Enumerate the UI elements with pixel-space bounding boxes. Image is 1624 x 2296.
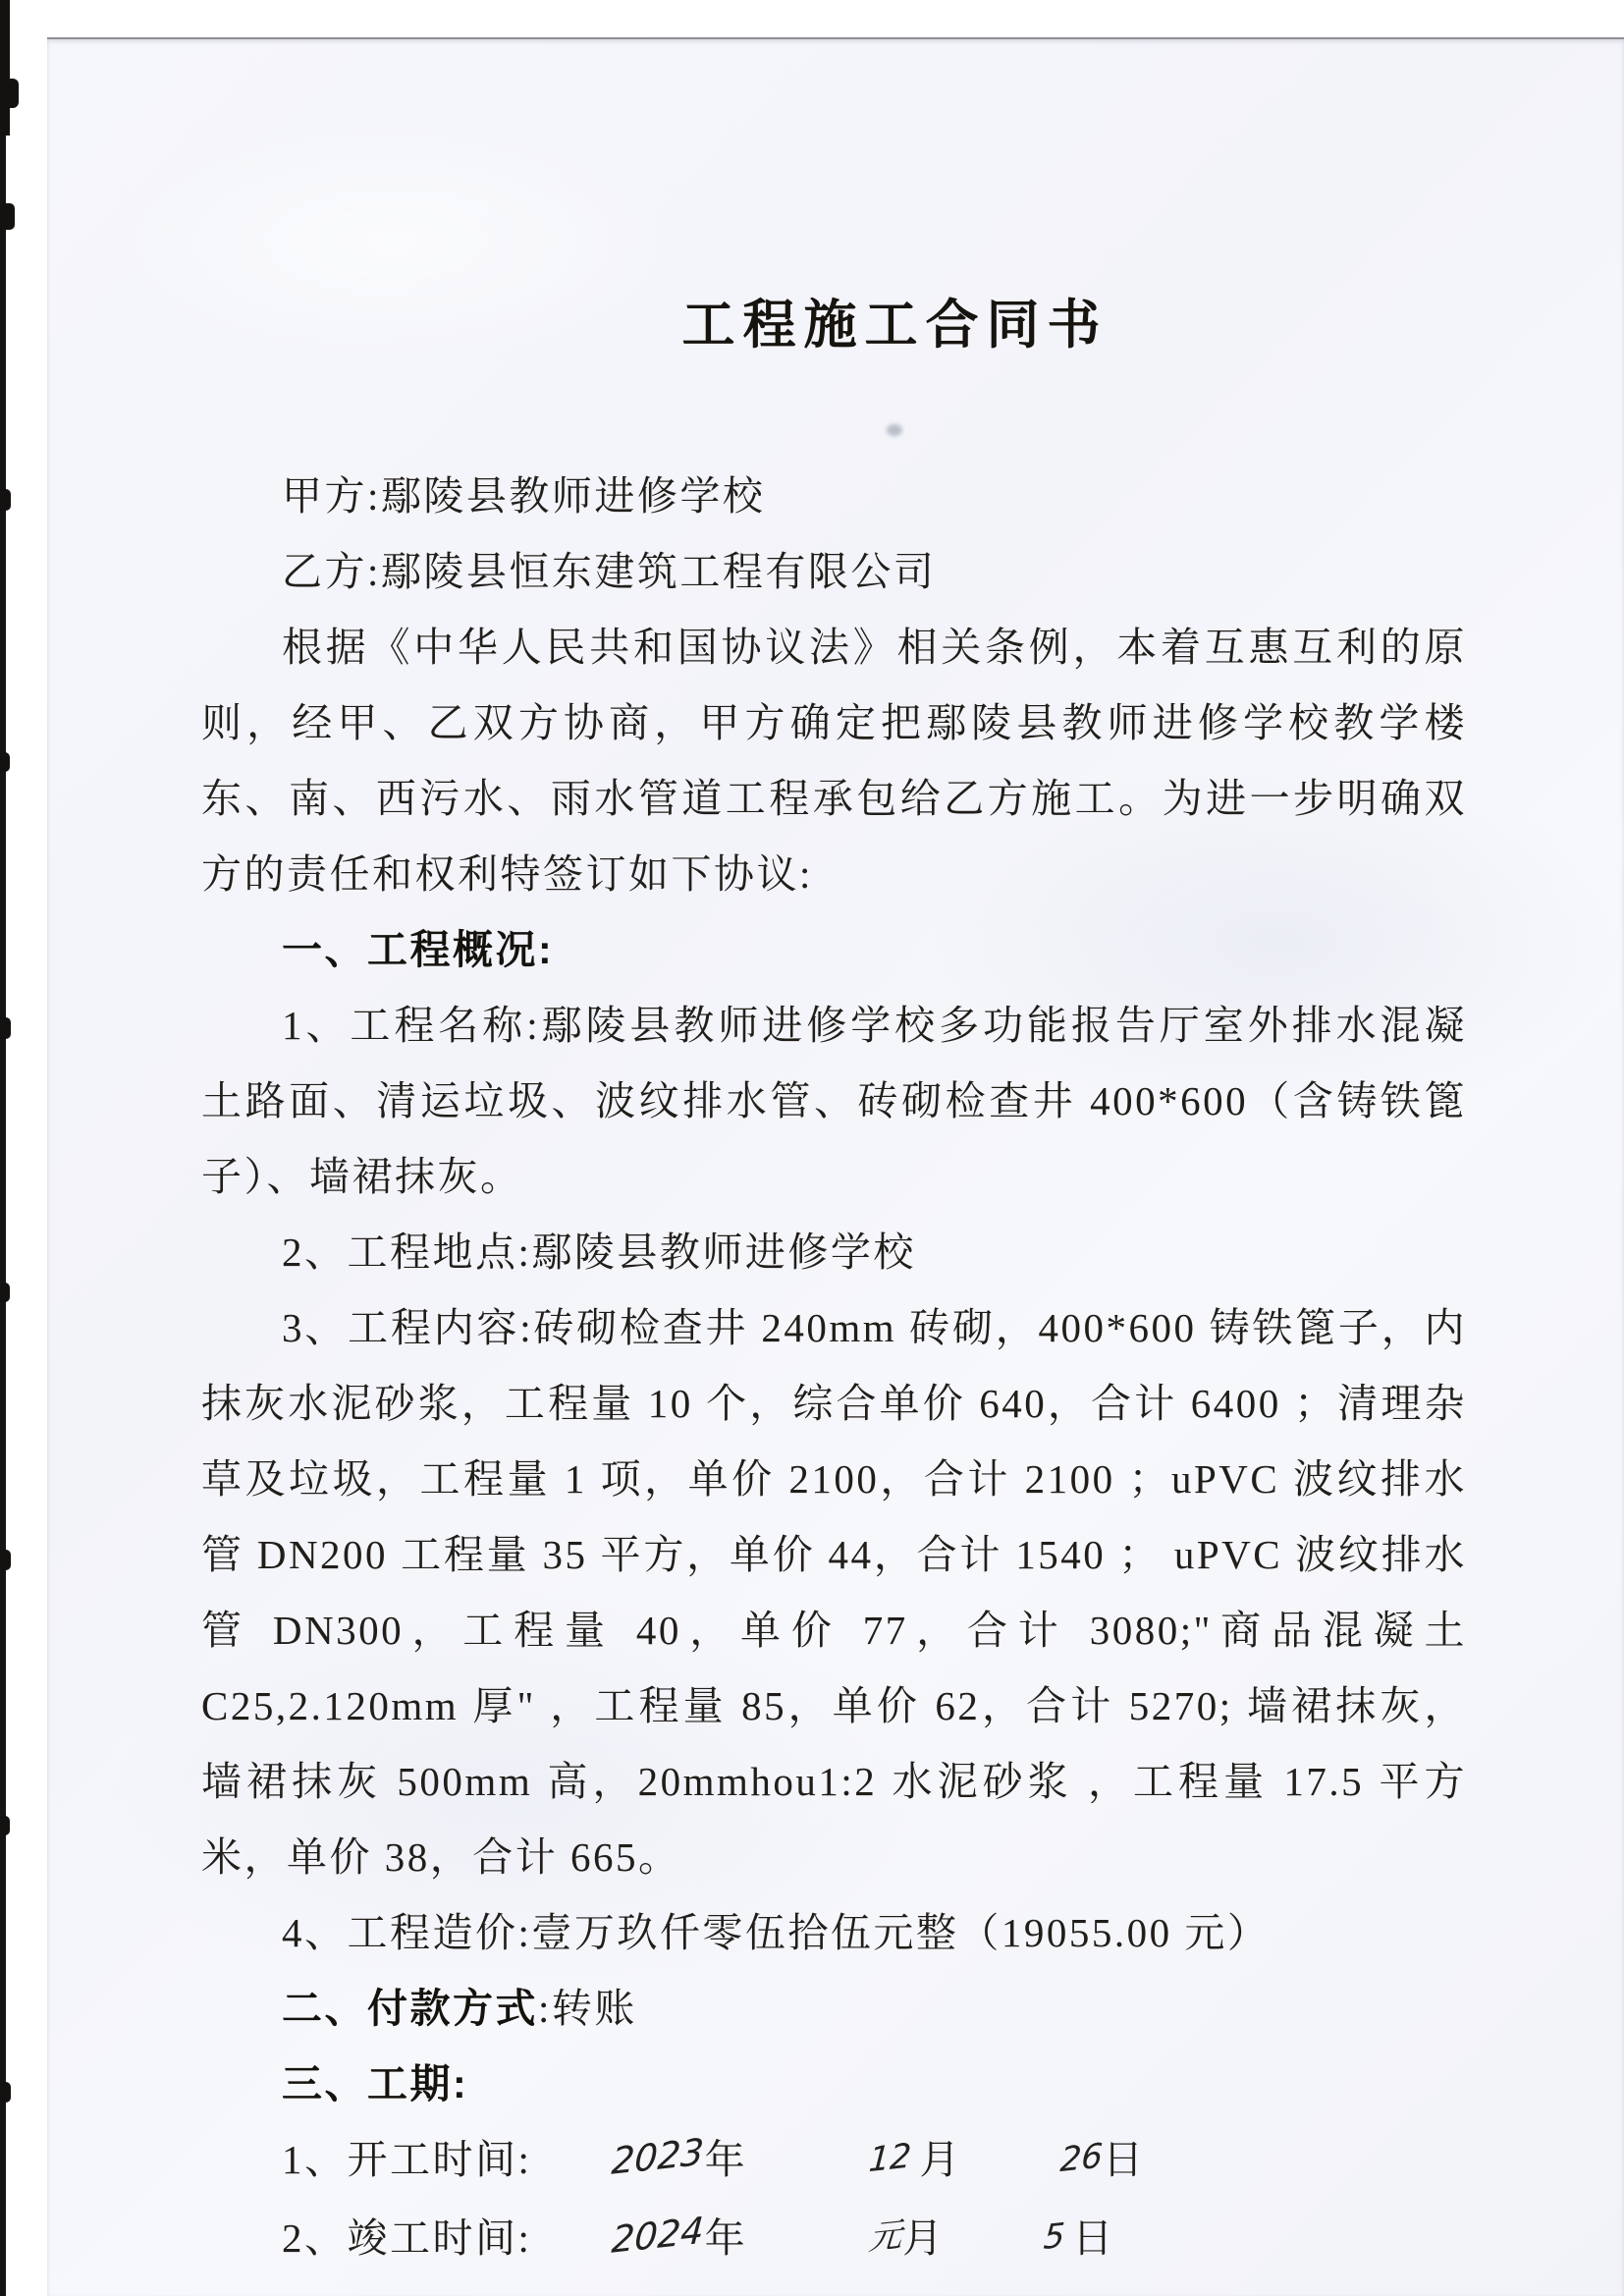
handwritten-end-day: 5 <box>960 2198 1067 2285</box>
item-project-location: 2、工程地点:鄢陵县教师进修学校 <box>201 1215 1467 1290</box>
scanner-edge-mark <box>0 1816 10 1835</box>
end-month-unit: 月 <box>902 2215 946 2261</box>
end-year-unit: 年 <box>705 2215 748 2261</box>
end-date-prefix: 2、竣工时间: <box>282 2215 531 2261</box>
scanner-edge-mark <box>0 0 10 136</box>
contract-document: 工程施工合同书 甲方:鄢陵县教师进修学校 乙方:鄢陵县恒东建筑工程有限公司 根据… <box>201 39 1467 2296</box>
start-month-unit: 月 <box>919 2137 962 2182</box>
scanner-edge-strip <box>0 0 6 2296</box>
section-payment-heading: 二、付款方式:转账 <box>201 1971 1467 2047</box>
item-project-price: 4、工程造价:壹万玖仟零伍拾伍元整（19055.00 元） <box>201 1895 1467 1971</box>
scanner-edge-mark <box>0 1283 10 1302</box>
scanner-edge-mark <box>0 79 19 108</box>
handwritten-start-month: 12 <box>786 2118 914 2208</box>
item-project-name: 1、工程名称:鄢陵县教师进修学校多功能报告厅室外排水混凝土路面、清运垃圾、波纹排… <box>201 988 1467 1215</box>
start-day-unit: 日 <box>1103 2137 1146 2182</box>
end-day-unit: 日 <box>1072 2215 1115 2261</box>
party-a-line: 甲方:鄢陵县教师进修学校 <box>201 459 1467 534</box>
section-overview-heading: 一、工程概况: <box>201 912 1467 988</box>
end-date-line: 2、竣工时间:2024年元月5日 <box>201 2201 1467 2279</box>
scanner-edge-mark <box>0 752 10 772</box>
start-date-prefix: 1、开工时间: <box>282 2137 531 2182</box>
scanned-page: 工程施工合同书 甲方:鄢陵县教师进修学校 乙方:鄢陵县恒东建筑工程有限公司 根据… <box>0 0 1624 2296</box>
scanner-edge-mark <box>0 1017 11 1039</box>
payment-heading-label: 二、付款方式 <box>282 1986 538 2031</box>
scanner-edge-mark <box>0 1550 11 1570</box>
contract-paper: 工程施工合同书 甲方:鄢陵县教师进修学校 乙方:鄢陵县恒东建筑工程有限公司 根据… <box>47 37 1624 2296</box>
preamble-paragraph: 根据《中华人民共和国协议法》相关条例，本着互惠互利的原则，经甲、乙双方协商，甲方… <box>201 610 1467 912</box>
doc-title: 工程施工合同书 <box>262 283 1528 358</box>
scanner-edge-mark <box>0 203 15 230</box>
scanner-edge-mark <box>0 2082 11 2103</box>
party-b-line: 乙方:鄢陵县恒东建筑工程有限公司 <box>201 534 1467 610</box>
start-date-line: 1、开工时间:2023年12月26日 <box>201 2122 1467 2201</box>
start-year-unit: 年 <box>705 2137 748 2182</box>
payment-method-value: :转账 <box>538 1986 637 2031</box>
handwritten-end-year: 2024 <box>529 2192 707 2286</box>
item-project-content: 3、工程内容:砖砌检查井 240mm 砖砌，400*600 铸铁篦子，内抹灰水泥… <box>201 1290 1467 1895</box>
handwritten-end-month: 元 <box>786 2197 905 2285</box>
handwritten-start-day: 26 <box>977 2118 1105 2208</box>
scanner-edge-mark <box>0 489 11 511</box>
section-duration-heading: 三、工期: <box>201 2047 1467 2122</box>
doc-body: 甲方:鄢陵县教师进修学校 乙方:鄢陵县恒东建筑工程有限公司 根据《中华人民共和国… <box>201 459 1467 2279</box>
